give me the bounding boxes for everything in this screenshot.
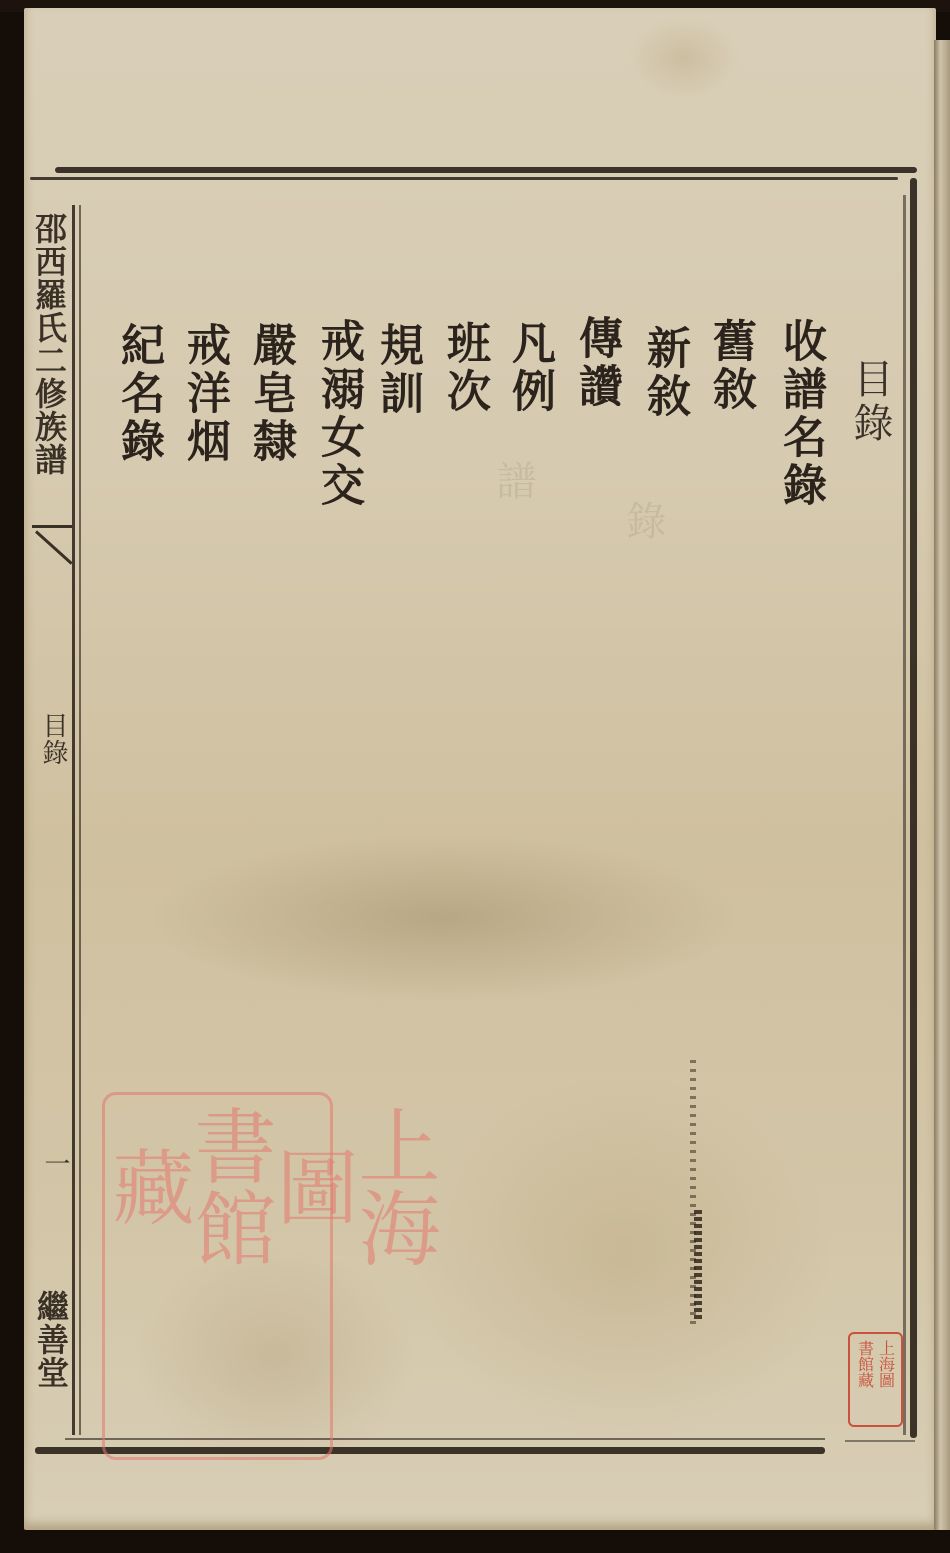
seal-text: 書館藏 (105, 1095, 269, 1276)
bottom-frame-rule-right (845, 1440, 915, 1442)
right-frame-rule-thin (903, 195, 906, 1435)
toc-item: 紀名錄 (114, 322, 162, 466)
seal-text: 書館藏 (856, 1340, 875, 1425)
toc-item: 凡例 (505, 320, 553, 416)
library-seal-small: 上海圖 書館藏 (848, 1332, 903, 1427)
toc-item: 班次 (440, 320, 488, 416)
spine-section-label: 目錄 (36, 712, 70, 766)
fish-tail-mark (32, 525, 72, 568)
seal-text: 上海圖 (877, 1340, 896, 1425)
ink-bleed-mark (694, 1210, 702, 1320)
toc-item: 嚴皂隸 (246, 322, 294, 466)
top-frame-rule-thin (30, 177, 898, 180)
toc-heading: 目錄 (846, 358, 894, 446)
toc-item: 戒溺女交 (314, 318, 362, 510)
library-seal-large: 書館藏 上海圖 (102, 1092, 333, 1460)
left-frame-rule-inner (79, 205, 81, 1435)
top-frame-rule-thick (55, 167, 917, 173)
show-through-text: 錄 (620, 500, 666, 540)
left-frame-rule-outer (72, 205, 75, 1435)
spine-hall-name: 繼善堂 (34, 1290, 68, 1389)
spine-page-number: 一 (38, 1150, 72, 1177)
show-through-text: 譜 (490, 460, 536, 500)
toc-item: 戒洋烟 (180, 322, 228, 466)
spine-book-title: 邵西羅氏二修族譜 (32, 212, 66, 476)
toc-item: 收譜名錄 (776, 318, 824, 510)
toc-item: 規訓 (373, 322, 421, 418)
right-frame-rule-thick (910, 178, 917, 1438)
adjacent-leaf-edge (934, 40, 950, 1530)
toc-item: 舊敘 (706, 318, 754, 414)
toc-item: 傳讚 (572, 315, 620, 411)
toc-item: 新敘 (640, 325, 688, 421)
seal-text: 上海圖 (269, 1095, 433, 1276)
